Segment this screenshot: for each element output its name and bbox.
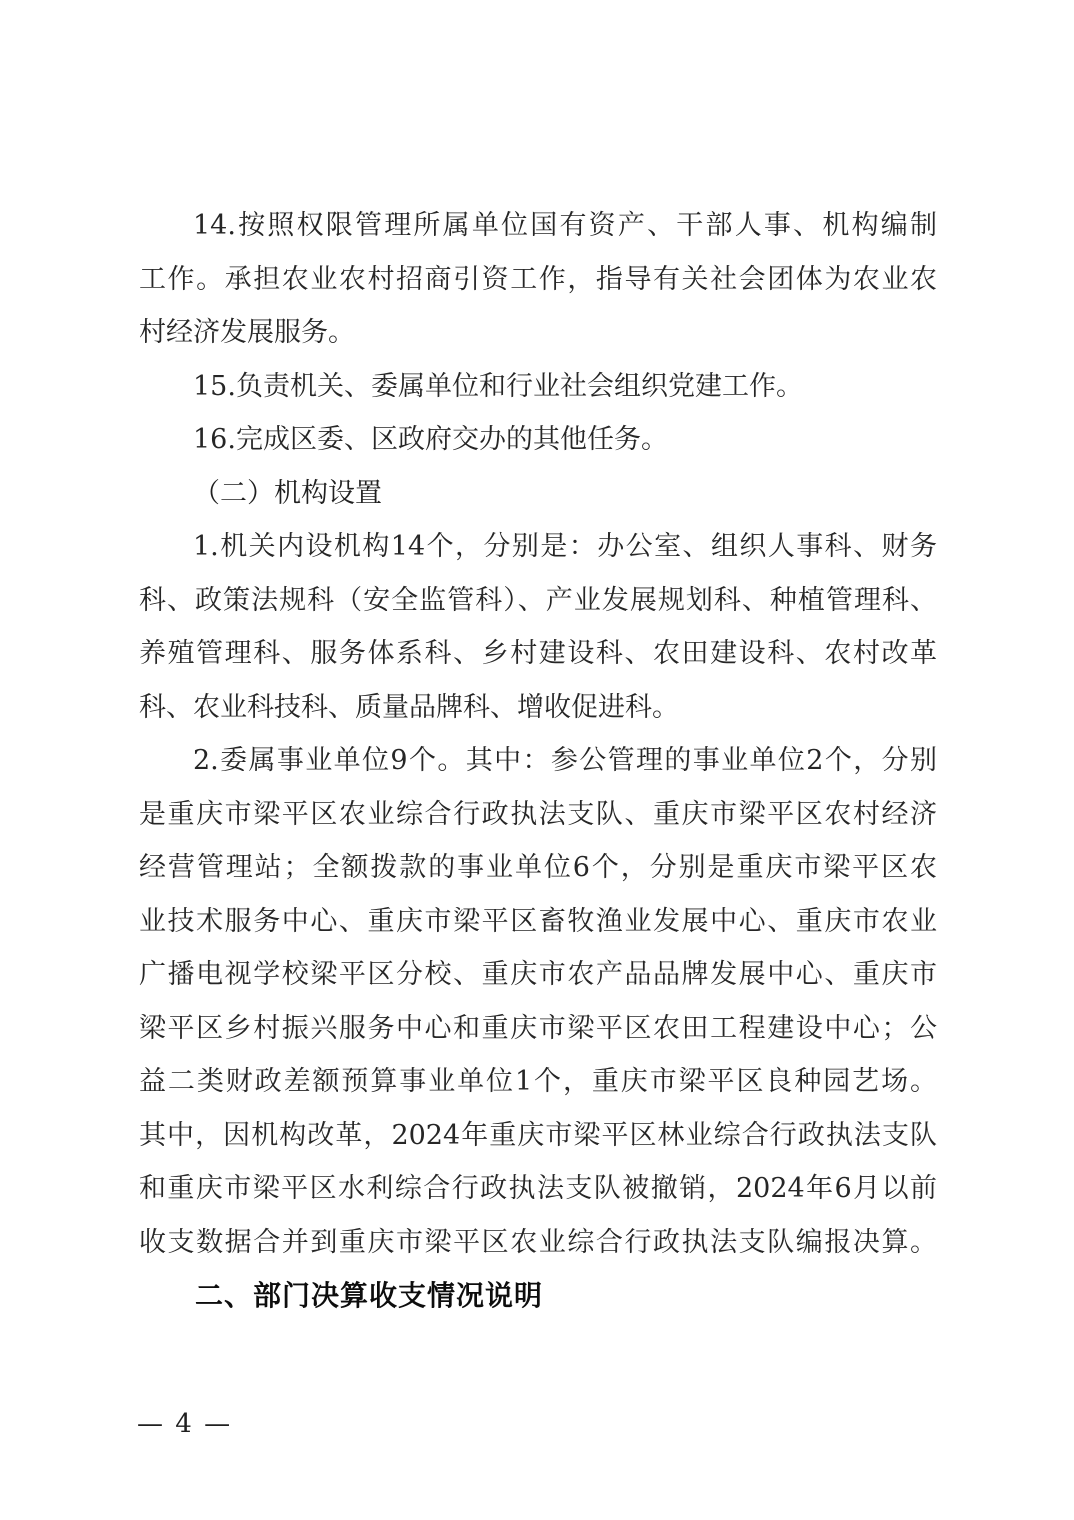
text-line: 梁平区乡村振兴服务中心和重庆市梁平区农田工程建设中心；公: [139, 1002, 937, 1056]
text-line: 14.按照权限管理所属单位国有资产、干部人事、机构编制: [139, 199, 937, 253]
text-line: 村经济发展服务。: [139, 306, 937, 360]
text-line: 科、政策法规科（安全监管科）、产业发展规划科、种植管理科、: [139, 574, 937, 628]
text-line: 业技术服务中心、重庆市梁平区畜牧渔业发展中心、重庆市农业: [139, 895, 937, 949]
text-line: 收支数据合并到重庆市梁平区农业综合行政执法支队编报决算。: [139, 1216, 937, 1270]
text-line: 是重庆市梁平区农业综合行政执法支队、重庆市梁平区农村经济: [139, 788, 937, 842]
section-subheading: （二）机构设置: [139, 467, 937, 521]
text-line: 工作。承担农业农村招商引资工作，指导有关社会团体为农业农: [139, 253, 937, 307]
page-number: — 4 —: [137, 1409, 232, 1439]
text-line: 和重庆市梁平区水利综合行政执法支队被撤销，2024年6月以前: [139, 1162, 937, 1216]
text-line: 其中，因机构改革，2024年重庆市梁平区林业综合行政执法支队: [139, 1109, 937, 1163]
text-line: 15.负责机关、委属单位和行业社会组织党建工作。: [139, 360, 937, 414]
text-line: 广播电视学校梁平区分校、重庆市农产品品牌发展中心、重庆市: [139, 948, 937, 1002]
page-footer: — 4 —: [137, 1409, 232, 1439]
document-body: 14.按照权限管理所属单位国有资产、干部人事、机构编制工作。承担农业农村招商引资…: [139, 199, 937, 1323]
text-line: 16.完成区委、区政府交办的其他任务。: [139, 413, 937, 467]
text-line: 科、农业科技科、质量品牌科、增收促进科。: [139, 681, 937, 735]
text-line: 1.机关内设机构14个，分别是：办公室、组织人事科、财务: [139, 520, 937, 574]
text-line: 2.委属事业单位9个。其中：参公管理的事业单位2个，分别: [139, 734, 937, 788]
text-line: 经营管理站；全额拨款的事业单位6个，分别是重庆市梁平区农: [139, 841, 937, 895]
text-line: 益二类财政差额预算事业单位1个，重庆市梁平区良种园艺场。: [139, 1055, 937, 1109]
section-heading: 二、部门决算收支情况说明: [139, 1269, 937, 1323]
text-line: 养殖管理科、服务体系科、乡村建设科、农田建设科、农村改革: [139, 627, 937, 681]
page: 14.按照权限管理所属单位国有资产、干部人事、机构编制工作。承担农业农村招商引资…: [0, 0, 1074, 1520]
